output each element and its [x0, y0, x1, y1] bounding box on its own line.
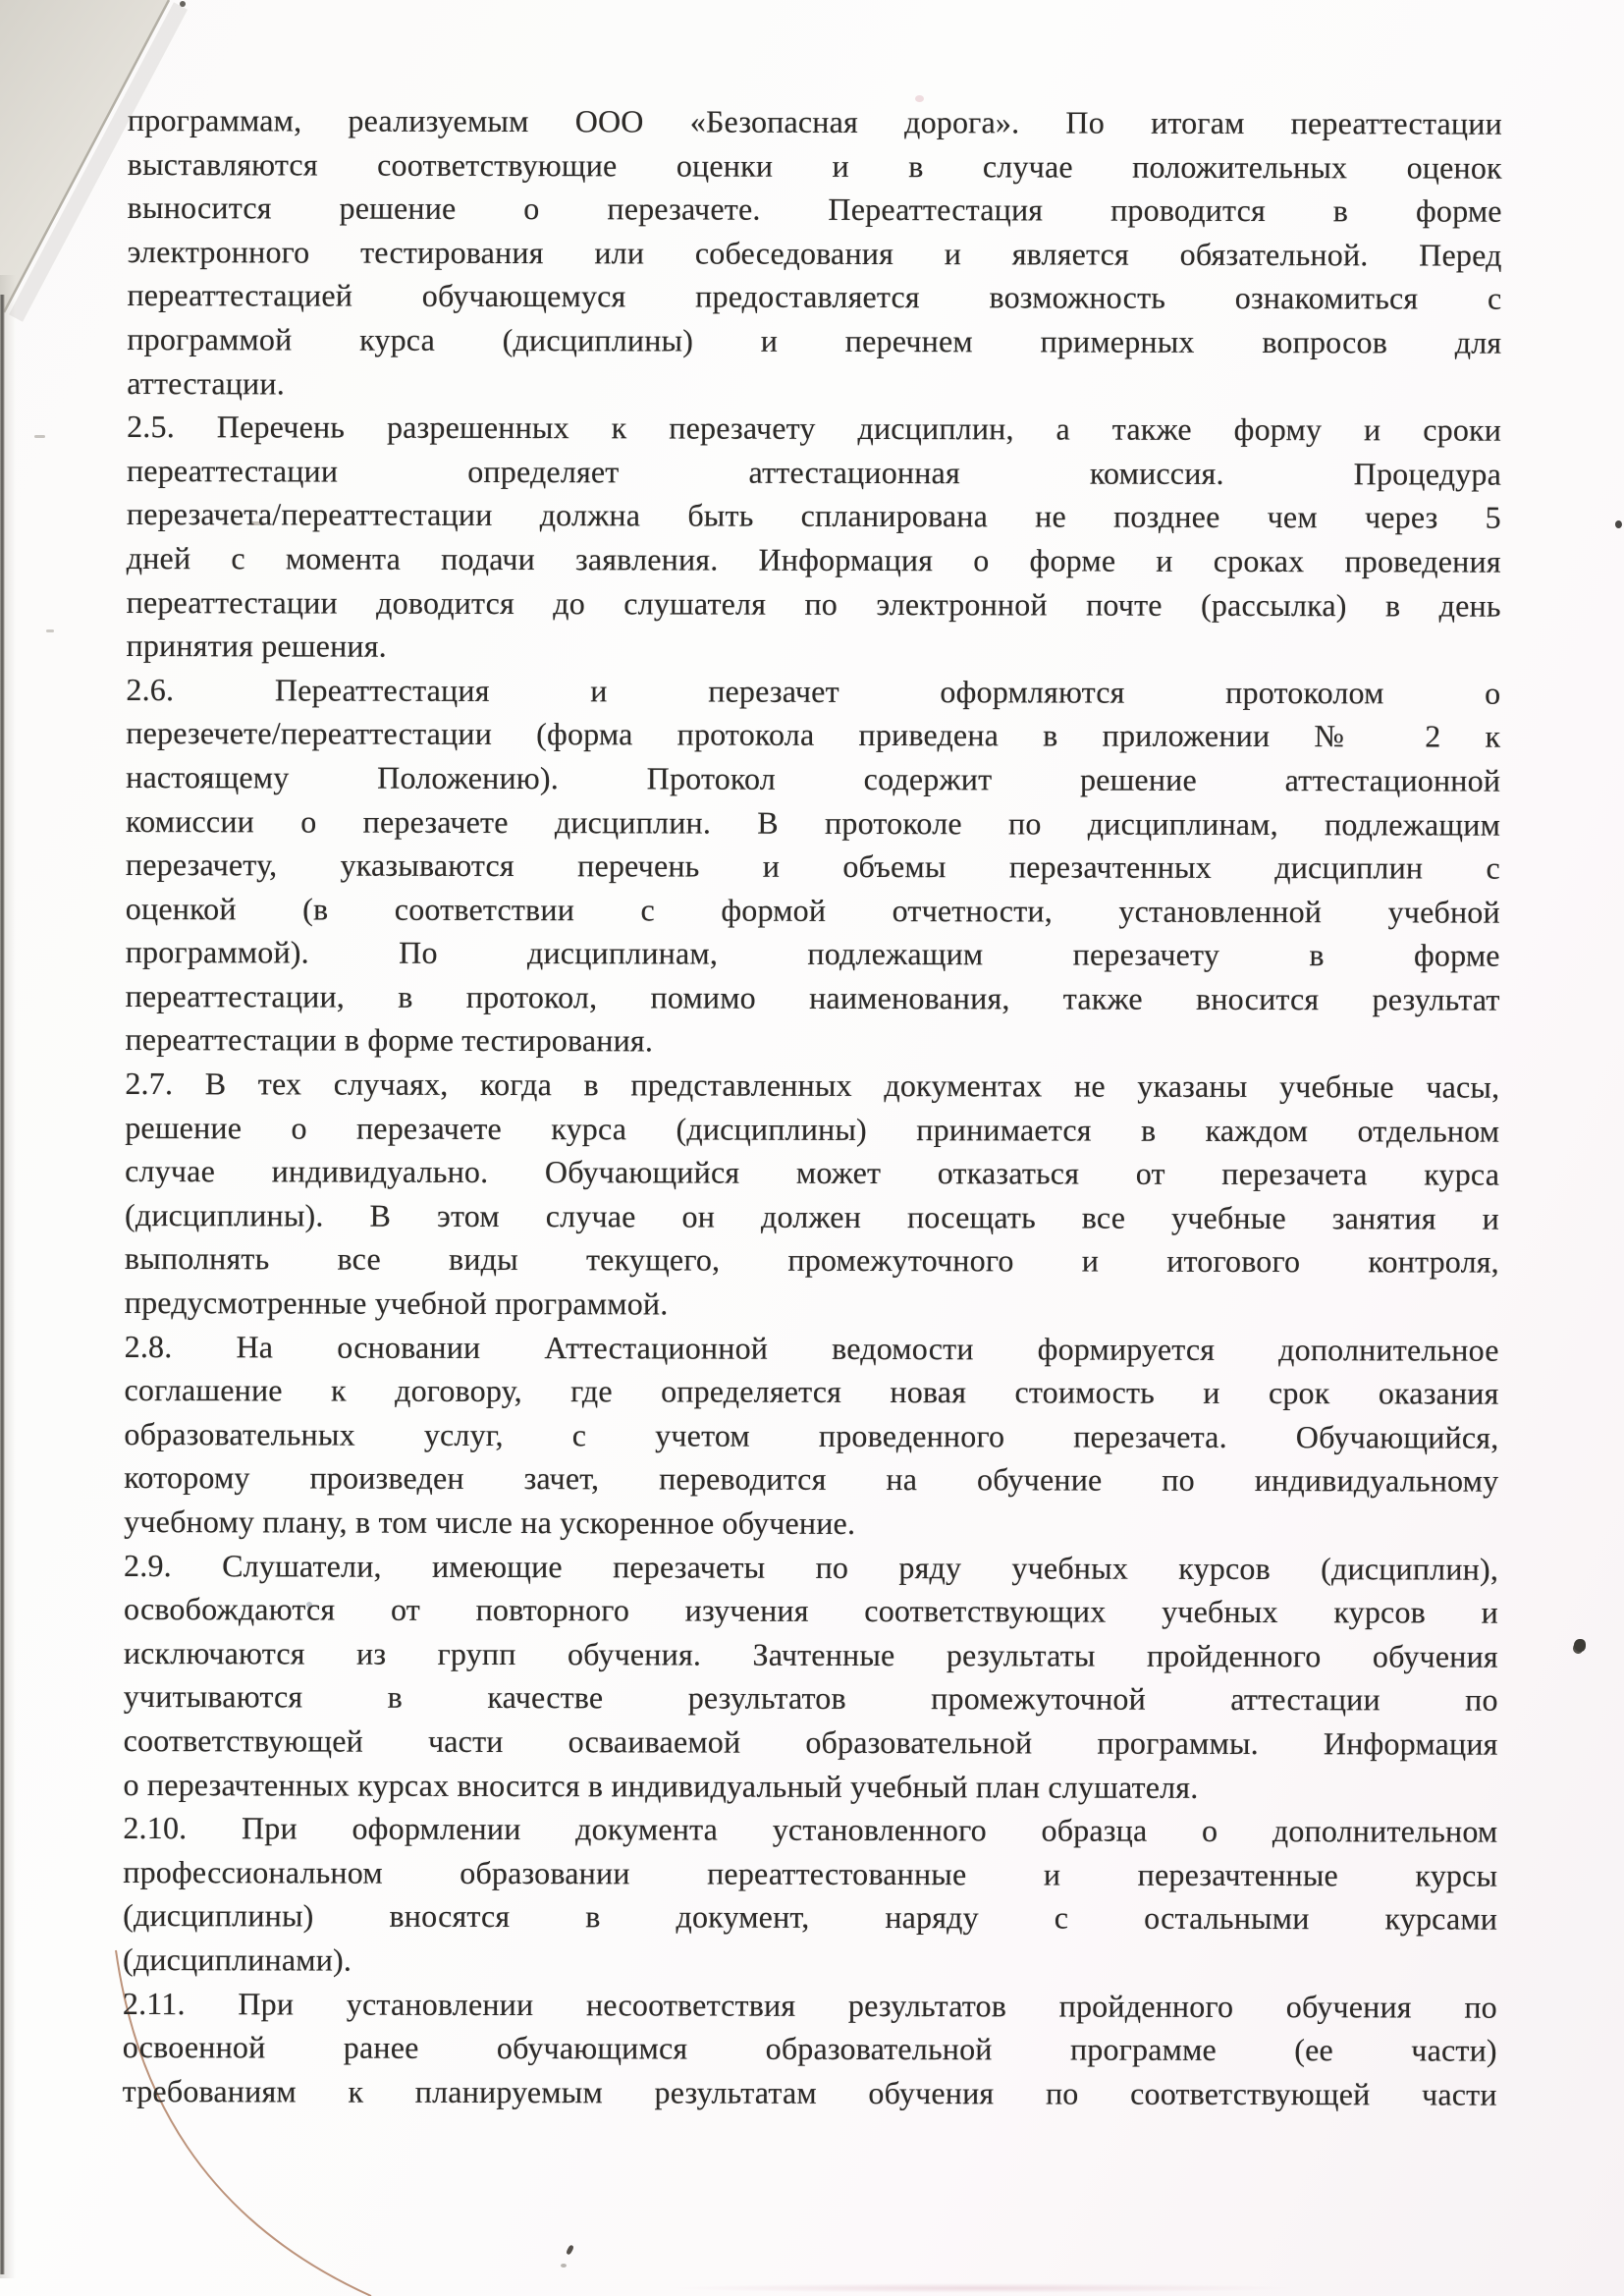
- text-line: программам, реализуемым ООО «Безопасная …: [128, 98, 1502, 145]
- text-line: выносится решение о перезачете. Переатте…: [128, 186, 1502, 233]
- text-line: 2.10. При оформлении документа установле…: [123, 1806, 1497, 1853]
- text-line: (дисциплины) вносятся в документ, наряду…: [123, 1893, 1497, 1941]
- text-line: принятия решения.: [126, 624, 1500, 671]
- text-line: требованиям к планируемым результатам об…: [123, 2069, 1497, 2116]
- text-line: перезачету, указываются перечень и объем…: [126, 843, 1500, 890]
- text-line: предусмотренные учебной программой.: [125, 1281, 1499, 1328]
- text-line: программой). По дисциплинам, подлежащим …: [126, 930, 1500, 977]
- ink-speck: [1615, 520, 1622, 528]
- text-line: освоенной ранее обучающимся образователь…: [123, 2025, 1497, 2072]
- text-line: перезачета/переаттестации должна быть сп…: [127, 492, 1501, 539]
- ink-speck: [566, 2244, 574, 2255]
- text-line: выполнять все виды текущего, промежуточн…: [125, 1236, 1499, 1284]
- document-text: программам, реализуемым ООО «Безопасная …: [123, 98, 1502, 2116]
- bottom-scan-shadow: [668, 2283, 1296, 2293]
- text-line: случае индивидуально. Обучающийся может …: [125, 1149, 1499, 1196]
- paragraph-p-2-9: 2.9. Слушатели, имеющие перезачеты по ря…: [123, 1544, 1498, 1810]
- text-line: дней с момента подачи заявления. Информа…: [127, 536, 1501, 583]
- text-line: освобождаются от повторного изучения соо…: [124, 1587, 1498, 1634]
- text-line: соответствующей части осваиваемой образо…: [124, 1719, 1498, 1766]
- text-line: (дисциплины). В этом случае он должен по…: [125, 1193, 1499, 1240]
- scanned-document-page: { "scan": { "paper_color": "#fcfbfa", "t…: [0, 0, 1624, 2296]
- text-line: программой курса (дисциплины) и перечнем…: [127, 317, 1501, 364]
- paragraph-p-2-11: 2.11. При установлении несоответствия ре…: [123, 1982, 1497, 2116]
- ink-speck: [180, 1, 186, 7]
- text-line: 2.7. В тех случаях, когда в представленн…: [125, 1062, 1499, 1109]
- text-line: 2.9. Слушатели, имеющие перезачеты по ря…: [124, 1544, 1498, 1591]
- text-line: 2.11. При установлении несоответствия ре…: [123, 1982, 1497, 2029]
- text-line: комиссии о перезачете дисциплин. В прото…: [126, 798, 1500, 846]
- text-line: переаттестации в форме тестирования.: [125, 1017, 1499, 1065]
- text-line: (дисциплинами).: [123, 1938, 1497, 1985]
- text-line: образовательных услуг, с учетом проведен…: [124, 1412, 1498, 1459]
- ink-speck: [1574, 1639, 1586, 1652]
- paragraph-p-2-5: 2.5. Перечень разрешенных к перезачету д…: [126, 405, 1501, 671]
- text-line: переаттестацией обучающемуся предоставля…: [127, 273, 1501, 320]
- text-line: учебному плану, в том числе на ускоренно…: [124, 1500, 1498, 1547]
- faint-speck: [46, 629, 54, 632]
- paragraph-p-continuation: программам, реализуемым ООО «Безопасная …: [127, 98, 1502, 409]
- paragraph-p-2-7: 2.7. В тех случаях, когда в представленн…: [125, 1062, 1500, 1328]
- text-line: переаттестации, в протокол, помимо наиме…: [126, 974, 1500, 1021]
- text-line: 2.8. На основании Аттестационной ведомос…: [125, 1325, 1499, 1372]
- text-line: решение о перезачете курса (дисциплины) …: [125, 1106, 1499, 1153]
- faint-speck: [34, 435, 45, 438]
- text-line: электронного тестирования или собеседова…: [128, 230, 1502, 277]
- text-line: переаттестации доводится до слушателя по…: [127, 580, 1501, 628]
- text-line: выставляются соответствующие оценки и в …: [128, 142, 1502, 190]
- text-line: профессиональном образовании переаттесто…: [123, 1850, 1497, 1897]
- text-line: настоящему Положению). Протокол содержит…: [126, 755, 1500, 802]
- paragraph-p-2-10: 2.10. При оформлении документа установле…: [123, 1806, 1497, 1985]
- paragraph-p-2-6: 2.6. Переаттестация и перезачет оформляю…: [125, 668, 1500, 1066]
- text-line: исключаются из групп обучения. Зачтенные…: [124, 1631, 1498, 1678]
- paragraph-p-2-8: 2.8. На основании Аттестационной ведомос…: [124, 1325, 1499, 1548]
- text-line: переаттестации определяет аттестационная…: [127, 449, 1501, 496]
- text-line: 2.6. Переаттестация и перезачет оформляю…: [126, 668, 1500, 715]
- text-line: учитываются в качестве результатов проме…: [124, 1674, 1498, 1722]
- text-line: перезечете/переаттестации (форма протоко…: [126, 711, 1500, 758]
- text-line: 2.5. Перечень разрешенных к перезачету д…: [127, 405, 1501, 452]
- text-line: которому произведен зачет, переводится н…: [124, 1455, 1498, 1503]
- text-line: аттестации.: [127, 361, 1501, 409]
- faint-speck: [561, 2264, 567, 2268]
- text-line: оценкой (в соответствии с формой отчетно…: [126, 887, 1500, 934]
- text-line: о перезачтенных курсах вносится в индиви…: [123, 1763, 1497, 1810]
- text-line: соглашение к договору, где определяется …: [124, 1368, 1498, 1415]
